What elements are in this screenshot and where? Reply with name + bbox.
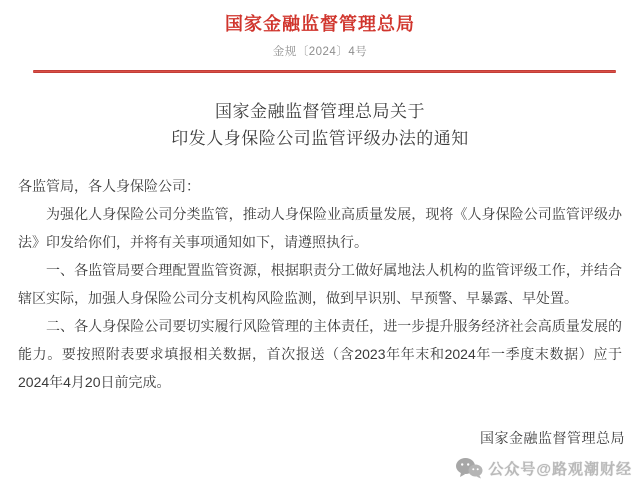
letterhead: 国家金融监督管理总局 金规〔2024〕4号 <box>0 0 640 59</box>
red-divider-line <box>33 70 616 73</box>
doc-number: 金规〔2024〕4号 <box>0 45 640 59</box>
wechat-icon <box>455 457 483 479</box>
paragraph-3: 二、各人身保险公司要切实履行风险管理的主体责任，进一步提升服务经济社会高质量发展… <box>18 312 622 396</box>
watermark: 公众号@路观潮财经 <box>455 457 632 479</box>
salutation: 各监管局，各人身保险公司： <box>18 172 622 200</box>
org-title: 国家金融监督管理总局 <box>0 14 640 34</box>
document-title-line-1: 国家金融监督管理总局关于 <box>0 98 640 125</box>
watermark-text: 公众号@路观潮财经 <box>488 458 632 479</box>
document-body: 各监管局，各人身保险公司： 为强化人身保险公司分类监管，推动人身保险业高质量发展… <box>18 172 622 396</box>
notice-document-page: 国家金融监督管理总局 金规〔2024〕4号 国家金融监督管理总局关于 印发人身保… <box>0 0 640 491</box>
paragraph-1: 为强化人身保险公司分类监管，推动人身保险业高质量发展，现将《人身保险公司监管评级… <box>18 200 622 256</box>
signature-org-name: 国家金融监督管理总局 <box>480 428 625 448</box>
document-title-line-2: 印发人身保险公司监管评级办法的通知 <box>0 125 640 152</box>
document-title: 国家金融监督管理总局关于 印发人身保险公司监管评级办法的通知 <box>0 98 640 152</box>
paragraph-2: 一、各监管局要合理配置监管资源，根据职责分工做好属地法人机构的监管评级工作，并结… <box>18 256 622 312</box>
